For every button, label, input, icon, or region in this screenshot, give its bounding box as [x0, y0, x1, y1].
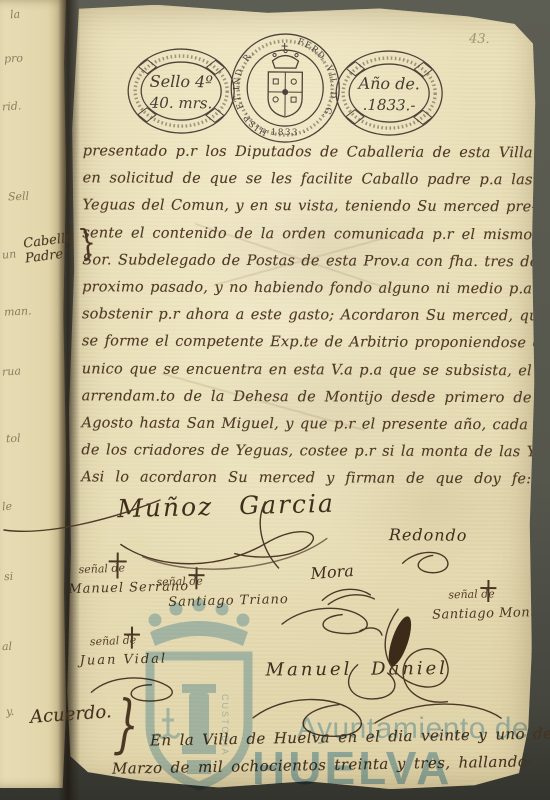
manuscript-line: Yeguas del Comun, y en su vista, teniend… [82, 193, 532, 222]
royal-seal: HISP. ET IND. R. FERD. VII. D. G. · 1833… [227, 29, 344, 146]
manuscript-line: sente el contenido de la orden comunicad… [82, 220, 532, 249]
royal-seal-icon: HISP. ET IND. R. FERD. VII. D. G. · 1833… [227, 29, 344, 146]
stamp-year: · 1833 · [262, 128, 307, 138]
manuscript-line: de los criadores de Yeguas, costee p.r s… [81, 438, 531, 467]
manuscript-line: sobstenir p.r ahora a este gasto; Acorda… [82, 302, 532, 331]
cross-mark-icon [186, 565, 206, 591]
acuerdo-brace-icon: } [113, 687, 140, 764]
stamp-value-line1: Sello 4º [150, 72, 214, 92]
binding-gutter-shadow [58, 0, 80, 800]
cross-mark-icon [478, 578, 498, 604]
scanned-document-view: la pro rid. Sell un man. rua tol le si a… [0, 0, 550, 800]
year-stamp-icon: Año de. .1833.- [333, 47, 446, 140]
edge-text-fragment: rid. [2, 99, 22, 113]
tax-stamp-icon: Sello 4º 40. mrs. [125, 45, 238, 138]
signature-rubric [396, 545, 466, 580]
edge-text-fragment: al [2, 640, 13, 653]
folio-number: 43. [469, 32, 490, 47]
signature-mora: Mora [310, 561, 355, 583]
manuscript-body: presentado p.r los Diputados de Caballer… [81, 138, 533, 494]
edge-text-fragment: tol [6, 432, 21, 446]
witness-mark-name: Juan Vidal [80, 651, 168, 668]
edge-text-fragment: rua [2, 364, 22, 378]
manuscript-line: arrendam.to de la Dehesa de Montijo desd… [82, 383, 532, 412]
stamp-row: Sello 4º 40. mrs. HISP. ET IND. R. [125, 33, 446, 152]
manuscript-line: Agosto hasta San Miguel, y que p.r el pr… [81, 410, 531, 439]
manuscript-line: en solicitud de que se les facilite Caba… [83, 165, 533, 194]
signature-swash [0, 492, 165, 540]
stamp-year-line2: .1833.- [363, 96, 416, 115]
witness-mark-name: Santiago Triano [168, 592, 289, 610]
edge-text-fragment: la [9, 8, 20, 22]
coat-of-arms-icon [268, 43, 303, 117]
manuscript-line: proximo pasado, y no habiendo fondo algu… [82, 274, 532, 303]
document-page: 43. Sello 4º 40. mrs. [64, 4, 537, 790]
stamp-value-line2: 40. mrs. [149, 94, 213, 113]
signature-redondo: Redondo [389, 525, 468, 545]
crown-icon [272, 55, 298, 68]
year-stamp-seal: Año de. .1833.- [333, 47, 446, 140]
facing-page-edge: la pro rid. Sell un man. rua tol le si a… [0, 0, 66, 788]
manuscript-line: Sor. Subdelegado de Postas de esta Prov.… [82, 247, 532, 276]
manuscript-line: se forme el competente Exp.te de Arbitri… [82, 329, 532, 358]
edge-text-fragment: Sell [8, 190, 30, 204]
edge-text-fragment: un [1, 247, 16, 261]
cross-mark-icon [122, 625, 142, 651]
manuscript-line: presentado p.r los Diputados de Caballer… [83, 138, 533, 167]
tax-stamp-seal: Sello 4º 40. mrs. [125, 45, 238, 138]
manuscript-line: unico que se encuentra en esta V.a p.a q… [82, 356, 532, 385]
edge-text-fragment: y. [6, 705, 15, 718]
margin-brace-icon: } [76, 222, 98, 265]
cross-mark-icon [106, 550, 128, 580]
edge-text-fragment: si [4, 570, 14, 583]
edge-text-fragment: man. [4, 304, 32, 318]
edge-text-fragment: pro [4, 52, 24, 66]
stamp-year-line1: Año de. [356, 74, 420, 94]
